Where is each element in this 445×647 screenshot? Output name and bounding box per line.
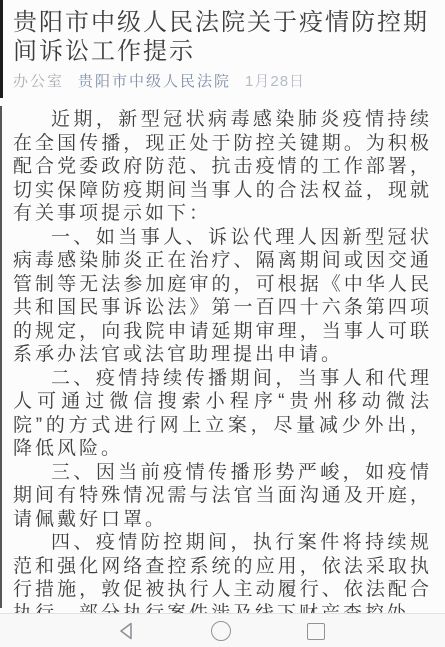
paragraph-item-4: 四、疫情防控期间，执行案件将持续规范和强化网络查控系统的应用，依法采取执行措施，… — [13, 531, 432, 613]
paragraph-intro: 近期，新型冠状病毒感染肺炎疫情持续在全国传播，现正处于防控关键期。为积极配合党委… — [13, 108, 432, 226]
paragraph-item-1: 一、如当事人、诉讼代理人因新型冠状病毒感染肺炎正在治疗、隔离期间或因交通管制等无… — [13, 226, 432, 367]
article-title: 贵阳市中级人民法院关于疫情防控期间诉讼工作提示 — [13, 8, 432, 66]
home-button[interactable] — [209, 619, 233, 643]
photo-edge-artifact — [0, 106, 2, 608]
byline-date: 1月28日 — [245, 73, 305, 91]
photo-edge-artifact — [0, 0, 3, 98]
byline: 办公室 贵阳市中级人民法院 1月28日 — [13, 73, 432, 91]
android-navbar — [0, 613, 445, 647]
recents-button[interactable] — [304, 619, 328, 643]
phone-screen: 贵阳市中级人民法院关于疫情防控期间诉讼工作提示 办公室 贵阳市中级人民法院 1月… — [0, 0, 445, 647]
back-triangle-icon — [117, 621, 137, 641]
byline-author: 办公室 — [13, 73, 64, 91]
paragraph-item-3: 三、因当前疫情传播形势严峻，如疫情期间有特殊情况需与法官当面沟通及开庭，请佩戴好… — [13, 461, 432, 532]
back-button[interactable] — [115, 619, 139, 643]
byline-account-link[interactable]: 贵阳市中级人民法院 — [78, 73, 231, 91]
article-view[interactable]: 贵阳市中级人民法院关于疫情防控期间诉讼工作提示 办公室 贵阳市中级人民法院 1月… — [0, 0, 445, 613]
paragraph-item-2: 二、疫情持续传播期间，当事人和代理人可通过微信搜索小程序“贵州移动微法院”的方式… — [13, 367, 432, 461]
recents-square-icon — [307, 623, 325, 640]
article-body: 近期，新型冠状病毒感染肺炎疫情持续在全国传播，现正处于防控关键期。为积极配合党委… — [13, 108, 432, 613]
home-circle-icon — [211, 621, 231, 641]
